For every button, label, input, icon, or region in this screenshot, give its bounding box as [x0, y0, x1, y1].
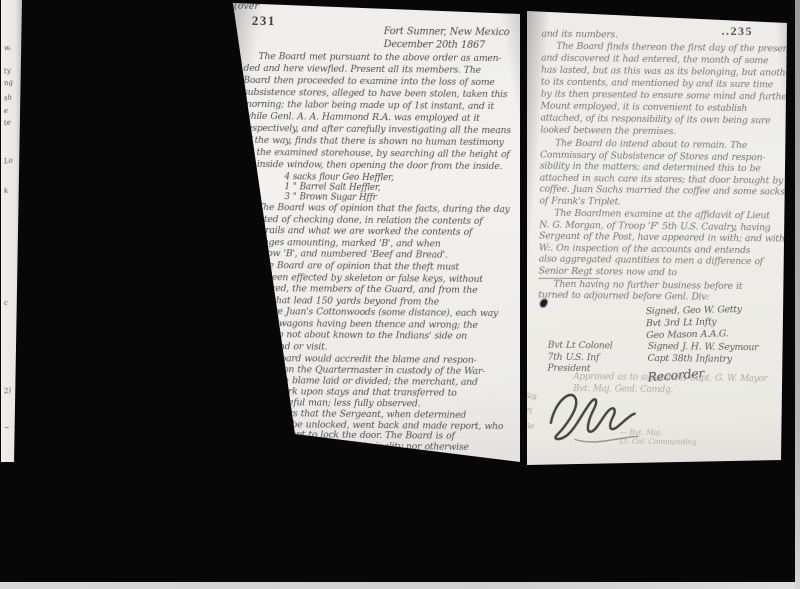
paragraph: The Boardmen examine at the affidavit of…: [539, 208, 777, 280]
handwriting-line: Fort Sumner, New Mexico: [384, 25, 520, 39]
handwriting-line: an inside window, then opening the door …: [243, 159, 520, 173]
left-page: 231 Fort Sumner, New MexicoDecember 20th…: [232, 3, 520, 462]
handwriting-line: Re: [525, 418, 537, 433]
paragraph: The Board was of opinion that the facts,…: [242, 202, 519, 262]
paragraph: The Board met pursuant to the above orde…: [243, 51, 521, 173]
paragraph: The Board are of opinion that the theft …: [241, 260, 519, 354]
handwriting-line: Lt. Col. Commanding: [619, 437, 739, 447]
film-edge-right: [795, 0, 800, 589]
page-number-left: 231: [252, 13, 276, 29]
closing-fragments: — Bvt. Maj.Lt. Col. Commanding: [619, 428, 739, 447]
handwriting-line: Sig: [525, 388, 537, 403]
handwriting-line: Geo Mason A.A.G.: [646, 327, 776, 342]
stores-list: 4 sacks flour Geo Heffler,1 " Barrel Sal…: [284, 172, 464, 204]
carryover-line: and its numbers.: [541, 29, 617, 42]
spine-ink-mark: ~: [4, 425, 11, 433]
handwriting-line: December 20th 1867: [384, 38, 520, 52]
spine-ink-mark: ty: [4, 68, 12, 76]
microfilm-scan: w.tyngsheteLokc2)~ 231 Fort Sumner, New …: [0, 0, 800, 589]
handwriting-line: Bvt Lt Colonel: [548, 340, 643, 353]
signed-block: Signed, Geo W. GettyBvt 3rd Lt InftyGeo …: [646, 303, 777, 342]
handwriting-line: 7t: [525, 403, 537, 418]
spine-ink-mark: Lo: [4, 157, 14, 165]
previous-page-edge: w.tyngsheteLokc2)~: [1, 0, 22, 462]
spine-ink-mark: e: [4, 108, 9, 116]
president-block: Bvt Lt Colonel7th U.S. InfPresident: [547, 340, 642, 376]
spine-ink-mark: te: [4, 120, 12, 128]
page-number-right: ..235: [721, 24, 753, 39]
gutter-fragments: Sig7tRe: [525, 388, 538, 433]
spine-ink-mark: c: [4, 300, 9, 307]
handwriting-line: Signed J. H. W. Seymour: [648, 341, 778, 354]
spine-ink-mark: w.: [4, 45, 12, 53]
right-page-text: ..235 and its numbers. The Board finds t…: [524, 6, 791, 468]
paragraph: It appears that the Sergeant, when deter…: [236, 409, 515, 453]
paragraph: The Board finds thereon the first day of…: [540, 41, 778, 140]
paragraph: The Board do intend about to remain. The…: [539, 138, 777, 210]
handwriting-line: and cannot have guilty of criminality no…: [236, 440, 515, 453]
dateline: Fort Sumner, New MexicoDecember 20th 186…: [384, 25, 520, 52]
ink-blot: [539, 298, 549, 309]
spine-ink-mark: ng: [4, 79, 14, 87]
over-note: (over: [234, 2, 522, 15]
left-page-text: 231 Fort Sumner, New MexicoDecember 20th…: [230, 2, 522, 463]
spine-ink-mark: k: [4, 188, 9, 196]
handwriting-line: my ground or visit.: [241, 340, 518, 354]
paragraph: Then having no further business before i…: [538, 279, 775, 304]
film-edge-bottom: [0, 582, 800, 589]
paragraph: The Board would accredit the blame and r…: [238, 353, 516, 410]
right-page: ..235 and its numbers. The Board finds t…: [527, 8, 788, 467]
spine-ink-mark: 2): [4, 388, 12, 396]
spine-ink-mark: sh: [4, 94, 13, 102]
